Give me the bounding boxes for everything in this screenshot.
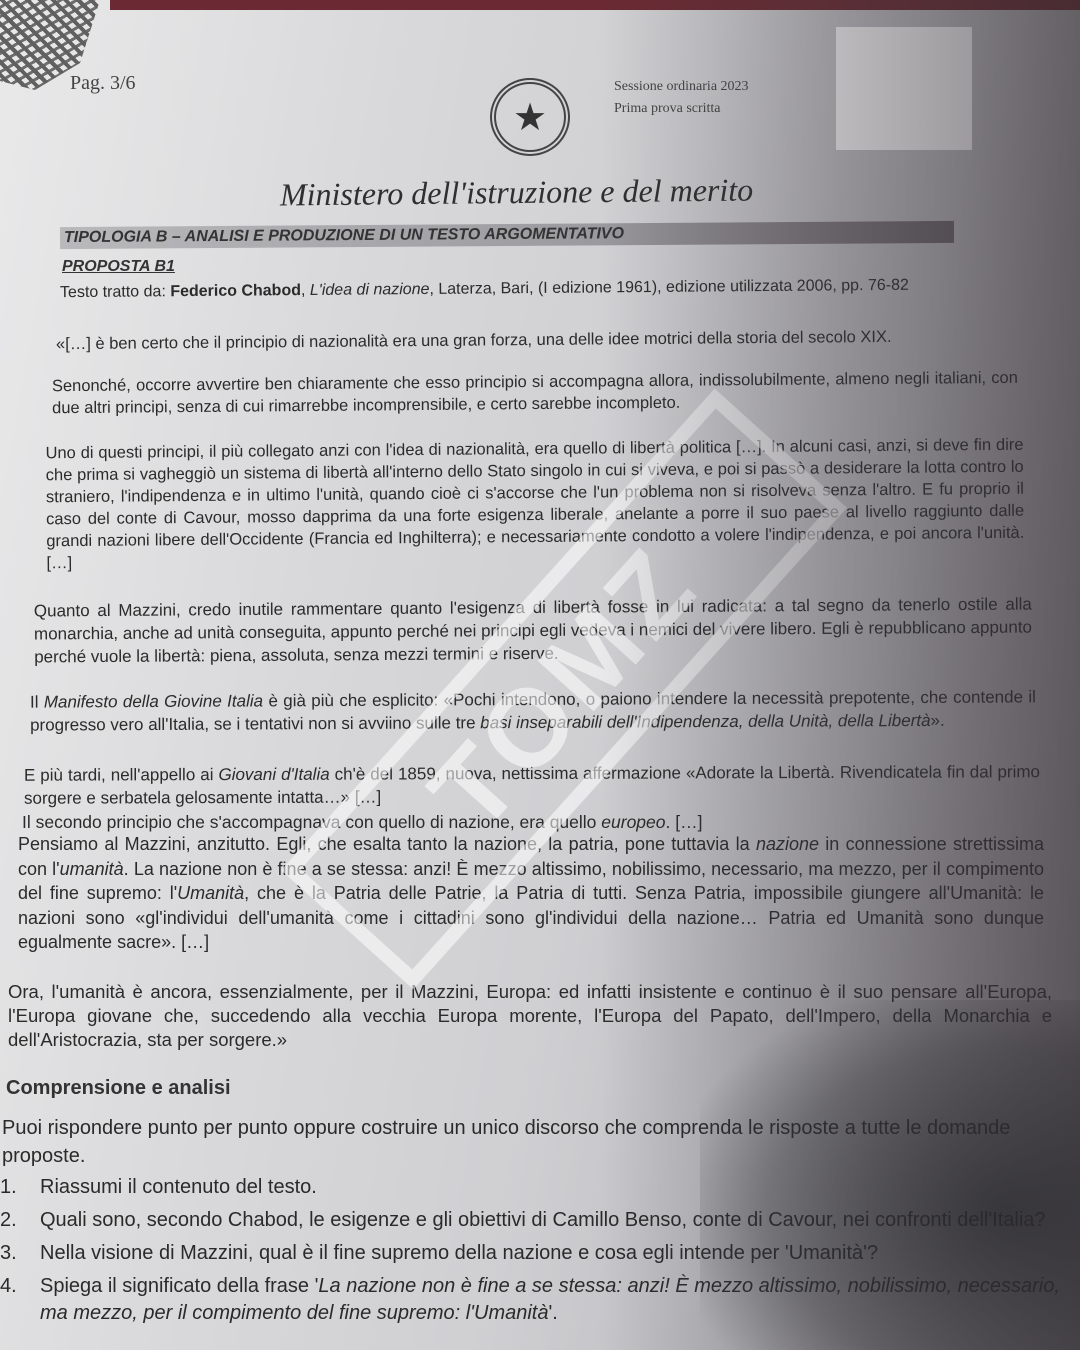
text-italic: Umanità xyxy=(177,883,244,903)
background-edge xyxy=(110,0,1080,10)
proposta-heading: PROPOSTA B1 xyxy=(62,258,175,276)
ministry-title: Ministero dell'istruzione e del merito xyxy=(280,172,754,214)
question-list: 1. Riassumi il contenuto del testo. 2. Q… xyxy=(0,1174,1075,1333)
text: Il secondo principio che s'accompagnava … xyxy=(22,812,601,832)
source-sep: , xyxy=(301,282,310,299)
paragraph-9: Ora, l'umanità è ancora, essenzialmente,… xyxy=(8,980,1052,1052)
page-number: Pag. 3/6 xyxy=(70,72,136,95)
source-citation: Testo tratto da: Federico Chabod, L'idea… xyxy=(60,274,1012,304)
text: Pensiamo al Mazzini, anzitutto. Egli, ch… xyxy=(18,834,756,854)
paragraph-3: Uno di questi principi, il più collegato… xyxy=(45,434,1024,575)
text-italic: basi inseparabili dell'Indipendenza, del… xyxy=(480,711,930,732)
exam-line: Prima prova scritta xyxy=(614,98,749,120)
paragraph-2: Senonché, occorre avvertire ben chiarame… xyxy=(52,368,1018,419)
question-number: 3. xyxy=(0,1240,40,1267)
text-italic: Giovani d'Italia xyxy=(218,765,329,784)
question-number: 1. xyxy=(0,1174,40,1201)
text-italic: nazione xyxy=(756,834,819,854)
question-number: 2. xyxy=(0,1207,40,1234)
source-rest: , Laterza, Bari, (I edizione 1961), ediz… xyxy=(429,277,909,298)
text-italic: umanità xyxy=(60,859,124,879)
paragraph-5: Il Manifesto della Giovine Italia è già … xyxy=(30,685,1036,736)
paragraph-4: Quanto al Mazzini, credo inutile ramment… xyxy=(34,593,1032,669)
text-italic: Manifesto della Giovine Italia xyxy=(44,691,263,711)
text-italic: europeo xyxy=(601,812,665,832)
question-item: 3. Nella visione di Mazzini, qual è il f… xyxy=(0,1240,1075,1267)
text: E più tardi, nell'appello ai xyxy=(24,765,219,785)
paragraph-7: Il secondo principio che s'accompagnava … xyxy=(22,811,1042,834)
text: Spiega il significato della frase ' xyxy=(40,1275,318,1297)
source-author: Federico Chabod xyxy=(170,282,301,300)
question-number: 4. xyxy=(0,1273,40,1327)
session-line: Sessione ordinaria 2023 xyxy=(614,76,749,98)
section-heading: Comprensione e analisi xyxy=(6,1077,231,1100)
source-title: L'idea di nazione xyxy=(310,281,430,299)
text: ». xyxy=(930,711,944,730)
question-text: Quali sono, secondo Chabod, le esigenze … xyxy=(40,1207,1075,1234)
redaction-box xyxy=(836,27,972,150)
source-prefix: Testo tratto da: xyxy=(60,283,170,301)
section-intro: Puoi rispondere punto per punto oppure c… xyxy=(2,1114,1062,1170)
paragraph-6: E più tardi, nell'appello ai Giovani d'I… xyxy=(24,760,1040,810)
exam-page: Pag. 3/6 ★ Sessione ordinaria 2023 Prima… xyxy=(0,0,1080,1350)
tipologia-heading: TIPOLOGIA B – ANALISI E PRODUZIONE DI UN… xyxy=(60,221,954,249)
session-info: Sessione ordinaria 2023 Prima prova scri… xyxy=(614,76,749,120)
question-item: 4. Spiega il significato della frase 'La… xyxy=(0,1273,1075,1327)
paragraph-1: «[…] è ben certo che il principio di naz… xyxy=(56,326,1016,355)
question-text: Riassumi il contenuto del testo. xyxy=(40,1174,1075,1201)
text: . […] xyxy=(666,812,703,832)
paragraph-8: Pensiamo al Mazzini, anzitutto. Egli, ch… xyxy=(18,832,1044,955)
text: Il xyxy=(30,693,44,712)
question-item: 1. Riassumi il contenuto del testo. xyxy=(0,1174,1075,1201)
question-text: Nella visione di Mazzini, qual è il fine… xyxy=(40,1240,1075,1267)
emblem-icon: ★ xyxy=(490,78,570,156)
question-item: 2. Quali sono, secondo Chabod, le esigen… xyxy=(0,1207,1075,1234)
text: '. xyxy=(548,1302,557,1324)
question-text: Spiega il significato della frase 'La na… xyxy=(40,1273,1075,1327)
